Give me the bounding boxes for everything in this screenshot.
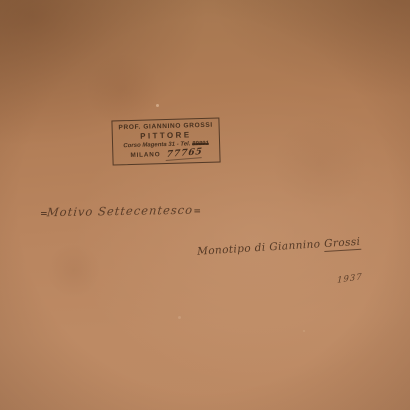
signature-year: 1937	[337, 272, 363, 286]
inscription-right-mark: =	[193, 207, 200, 217]
inscription-title: Motivo Settecentesco	[46, 203, 193, 220]
stamp-city: MILANO	[130, 151, 160, 159]
board-speck	[156, 104, 159, 107]
artwork-back-board: PROF. GIANNINO GROSSI PITTORE Corso Mage…	[0, 0, 410, 410]
stamp-phone-struck: 89891	[192, 140, 209, 146]
signature-surname: Grossi	[324, 236, 361, 252]
board-speck	[178, 316, 181, 319]
signature-prefix: Monotipo di Giannino	[197, 238, 325, 258]
artist-stamp: PROF. GIANNINO GROSSI PITTORE Corso Mage…	[111, 118, 220, 165]
artist-signature: Monotipo di Giannino Grossi	[197, 236, 353, 258]
board-speck	[303, 330, 305, 332]
stamp-city-line: MILANO 77765	[115, 147, 217, 161]
stamp-handwritten-number: 77765	[165, 146, 203, 160]
title-inscription: = Motivo Settecentesco =	[40, 203, 200, 220]
